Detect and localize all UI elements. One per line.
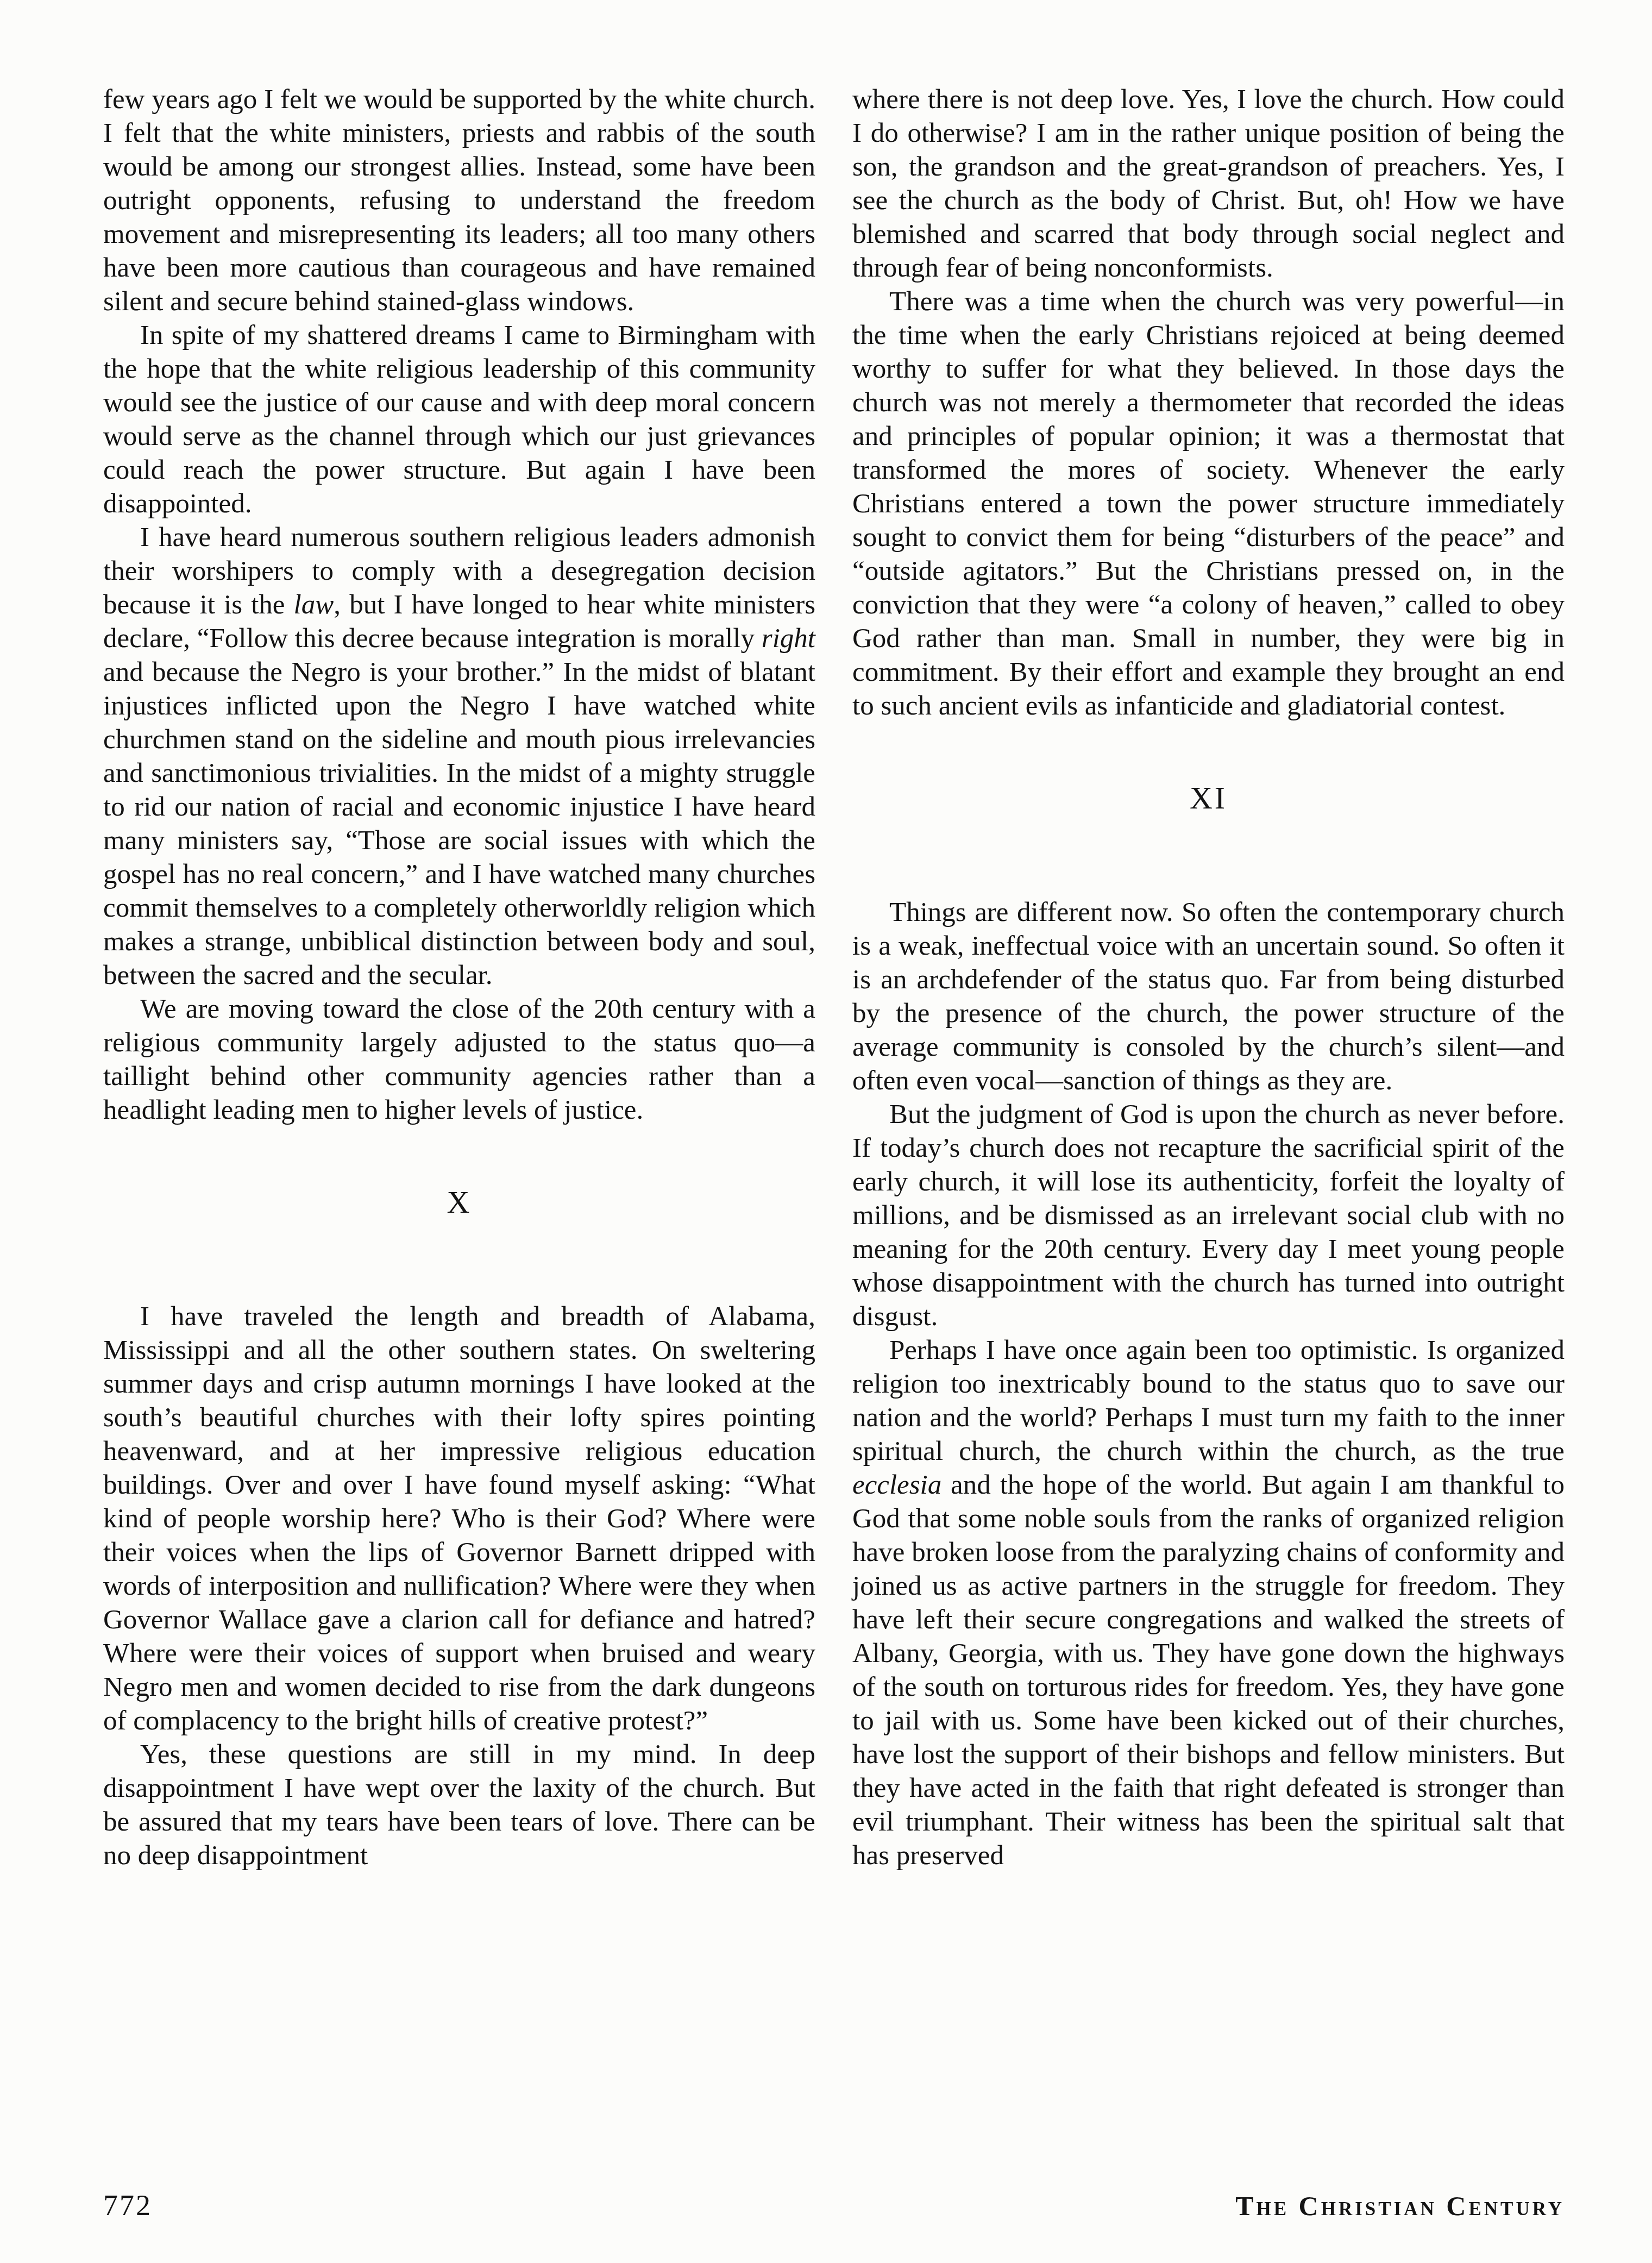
column-right: where there is not deep love. Yes, I lov… bbox=[852, 83, 1565, 1872]
paragraph: Perhaps I have once again been too optim… bbox=[852, 1333, 1565, 1872]
section-heading: XI bbox=[852, 781, 1565, 815]
page-footer: 772 The Christian Century bbox=[103, 2189, 1565, 2222]
page-number: 772 bbox=[103, 2189, 152, 2222]
column-left: few years ago I felt we would be support… bbox=[103, 83, 815, 1872]
paragraph: Things are different now. So often the c… bbox=[852, 895, 1565, 1098]
section-heading: X bbox=[103, 1186, 815, 1219]
journal-name: The Christian Century bbox=[1235, 2190, 1565, 2222]
italic-text: law bbox=[294, 590, 334, 620]
paragraph: where there is not deep love. Yes, I lov… bbox=[852, 83, 1565, 285]
italic-text: right bbox=[762, 623, 815, 654]
paragraph: In spite of my shattered dreams I came t… bbox=[103, 318, 815, 521]
paragraph: I have heard numerous southern religious… bbox=[103, 521, 815, 992]
paragraph: few years ago I felt we would be support… bbox=[103, 83, 815, 318]
paragraph: I have traveled the length and breadth o… bbox=[103, 1300, 815, 1738]
paragraph: But the judgment of God is upon the chur… bbox=[852, 1098, 1565, 1333]
paragraph: Yes, these questions are still in my min… bbox=[103, 1738, 815, 1872]
italic-text: ecclesia bbox=[852, 1470, 941, 1500]
paragraph: There was a time when the church was ver… bbox=[852, 285, 1565, 723]
magazine-page: few years ago I felt we would be support… bbox=[0, 0, 1652, 2263]
article-body: few years ago I felt we would be support… bbox=[103, 83, 1565, 1872]
paragraph: We are moving toward the close of the 20… bbox=[103, 992, 815, 1127]
